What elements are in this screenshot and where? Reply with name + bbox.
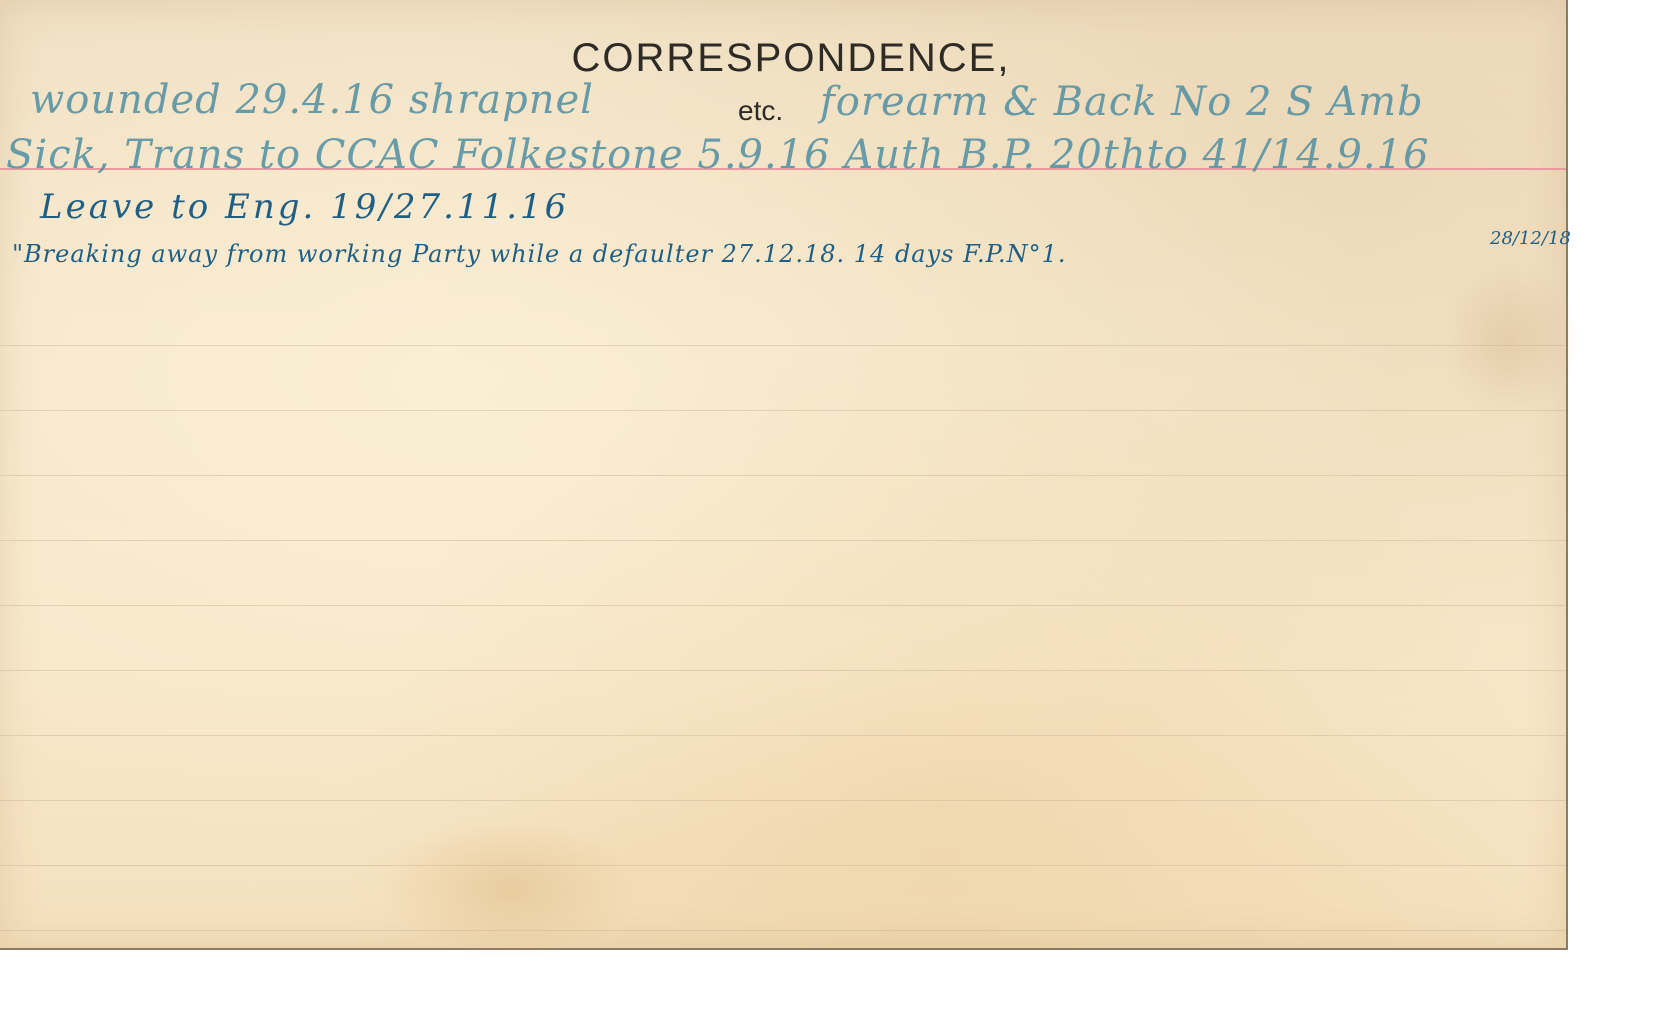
ruled-line — [0, 865, 1566, 866]
paper-stain — [1440, 260, 1580, 420]
ruled-line — [0, 345, 1566, 346]
entry-offence: "Breaking away from working Party while … — [12, 242, 1066, 266]
entry-wounded: wounded 29.4.16 shrapnel — [30, 80, 594, 120]
entry-wounded-continued: forearm & Back No 2 S Amb — [820, 82, 1424, 122]
entry-sick-transfer: Sick, Trans to CCAC Folkestone 5.9.16 Au… — [6, 135, 1430, 175]
paper-stain — [380, 820, 640, 960]
record-card: CORRESPONDENCE, etc. wounded 29.4.16 shr… — [0, 0, 1568, 950]
ruled-line — [0, 540, 1566, 541]
entry-leave: Leave to Eng. 19/27.11.16 — [40, 190, 569, 224]
ruled-line — [0, 735, 1566, 736]
ruled-line — [0, 670, 1566, 671]
ruled-line — [0, 800, 1566, 801]
ruled-line — [0, 410, 1566, 411]
ruled-line — [0, 605, 1566, 606]
ruled-line — [0, 930, 1566, 931]
card-subheading: etc. — [738, 97, 783, 125]
card-heading: CORRESPONDENCE, — [0, 38, 1566, 78]
ruled-line — [0, 475, 1566, 476]
entry-offence-date: 28/12/18 — [1490, 230, 1571, 248]
heading-text: CORRESPONDENCE, — [572, 36, 1011, 80]
